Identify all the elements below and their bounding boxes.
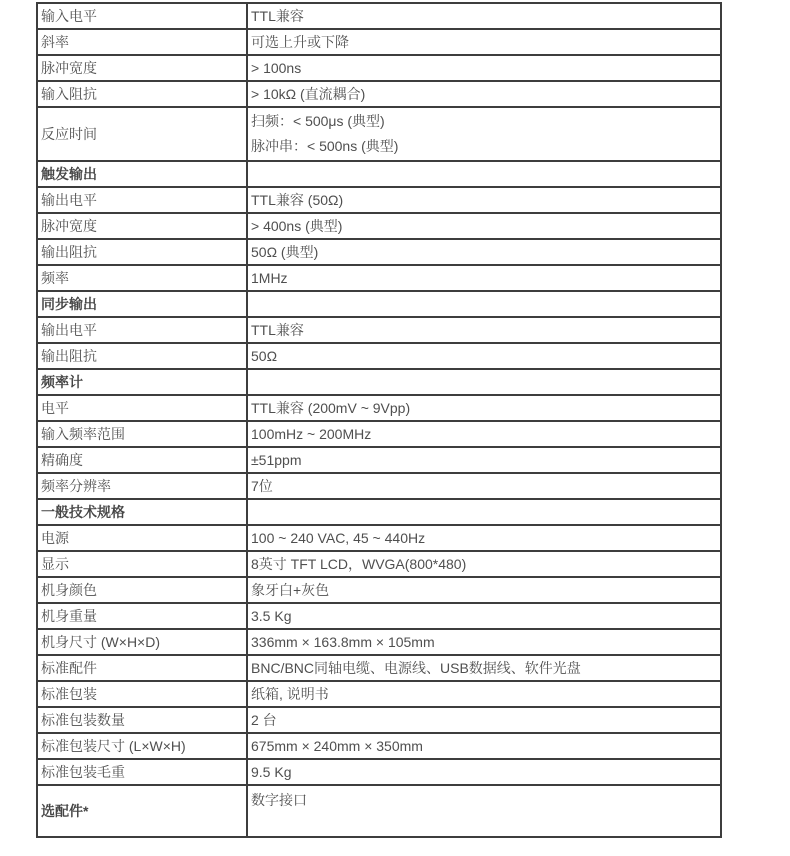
spec-value: 3.5 Kg bbox=[247, 603, 721, 629]
section-title: 同步输出 bbox=[37, 291, 247, 317]
section-row-sync-output: 同步输出 bbox=[37, 291, 721, 317]
spec-label: 精确度 bbox=[37, 447, 247, 473]
spec-label: 显示 bbox=[37, 551, 247, 577]
spec-label: 电源 bbox=[37, 525, 247, 551]
spec-value: > 100ns bbox=[247, 55, 721, 81]
section-row-frequency-counter: 频率计 bbox=[37, 369, 721, 395]
spec-label: 脉冲宽度 bbox=[37, 213, 247, 239]
spec-value-line: 扫频：< 500μs (典型) bbox=[251, 109, 717, 134]
spec-value: 数字接口 bbox=[247, 785, 721, 837]
spec-label: 频率分辨率 bbox=[37, 473, 247, 499]
spec-value bbox=[247, 369, 721, 395]
spec-label: 脉冲宽度 bbox=[37, 55, 247, 81]
spec-row-optional-accessories: 选配件* 数字接口 bbox=[37, 785, 721, 837]
spec-label: 输入阻抗 bbox=[37, 81, 247, 107]
section-row-general-specs: 一般技术规格 bbox=[37, 499, 721, 525]
section-title: 一般技术规格 bbox=[37, 499, 247, 525]
spec-row: 输入阻抗 > 10kΩ (直流耦合) bbox=[37, 81, 721, 107]
spec-value: 100mHz ~ 200MHz bbox=[247, 421, 721, 447]
spec-value: BNC/BNC同轴电缆、电源线、USB数据线、软件光盘 bbox=[247, 655, 721, 681]
spec-label: 机身尺寸 (W×H×D) bbox=[37, 629, 247, 655]
spec-row: 输入频率范围 100mHz ~ 200MHz bbox=[37, 421, 721, 447]
spec-label: 输出电平 bbox=[37, 187, 247, 213]
spec-row: 机身颜色 象牙白+灰色 bbox=[37, 577, 721, 603]
spec-label: 标准包装毛重 bbox=[37, 759, 247, 785]
spec-value: 675mm × 240mm × 350mm bbox=[247, 733, 721, 759]
spec-value: 50Ω (典型) bbox=[247, 239, 721, 265]
spec-value: 7位 bbox=[247, 473, 721, 499]
spec-label: 机身颜色 bbox=[37, 577, 247, 603]
spec-value: 100 ~ 240 VAC, 45 ~ 440Hz bbox=[247, 525, 721, 551]
spec-label: 输入电平 bbox=[37, 3, 247, 29]
spec-row: 输入电平 TTL兼容 bbox=[37, 3, 721, 29]
spec-row: 频率分辨率 7位 bbox=[37, 473, 721, 499]
spec-row: 显示 8英寸 TFT LCD，WVGA(800*480) bbox=[37, 551, 721, 577]
spec-value: 纸箱, 说明书 bbox=[247, 681, 721, 707]
spec-label: 选配件* bbox=[37, 785, 247, 837]
spec-label: 标准包装数量 bbox=[37, 707, 247, 733]
spec-label: 标准配件 bbox=[37, 655, 247, 681]
spec-value: 50Ω bbox=[247, 343, 721, 369]
spec-value: > 10kΩ (直流耦合) bbox=[247, 81, 721, 107]
spec-row: 输出电平 TTL兼容 bbox=[37, 317, 721, 343]
spec-row: 脉冲宽度 > 100ns bbox=[37, 55, 721, 81]
spec-value: > 400ns (典型) bbox=[247, 213, 721, 239]
spec-row: 机身重量 3.5 Kg bbox=[37, 603, 721, 629]
spec-value: 8英寸 TFT LCD，WVGA(800*480) bbox=[247, 551, 721, 577]
spec-value: TTL兼容 (50Ω) bbox=[247, 187, 721, 213]
spec-value bbox=[247, 499, 721, 525]
spec-label: 输出阻抗 bbox=[37, 239, 247, 265]
spec-row-response-time: 反应时间 扫频：< 500μs (典型) 脉冲串：< 500ns (典型) bbox=[37, 107, 721, 161]
section-row-trigger-output: 触发输出 bbox=[37, 161, 721, 187]
spec-label: 输出阻抗 bbox=[37, 343, 247, 369]
spec-label: 机身重量 bbox=[37, 603, 247, 629]
spec-row: 电平 TTL兼容 (200mV ~ 9Vpp) bbox=[37, 395, 721, 421]
spec-value: 2 台 bbox=[247, 707, 721, 733]
spec-value: 9.5 Kg bbox=[247, 759, 721, 785]
spec-value bbox=[247, 161, 721, 187]
spec-row: 精确度 ±51ppm bbox=[37, 447, 721, 473]
spec-row: 标准包装 纸箱, 说明书 bbox=[37, 681, 721, 707]
spec-value: 象牙白+灰色 bbox=[247, 577, 721, 603]
spec-row: 标准包装数量 2 台 bbox=[37, 707, 721, 733]
spec-table-container: 输入电平 TTL兼容 斜率 可选上升或下降 脉冲宽度 > 100ns 输入阻抗 … bbox=[0, 0, 790, 838]
spec-row: 输出阻抗 50Ω (典型) bbox=[37, 239, 721, 265]
spec-value: 336mm × 163.8mm × 105mm bbox=[247, 629, 721, 655]
spec-label: 频率 bbox=[37, 265, 247, 291]
spec-label: 反应时间 bbox=[37, 107, 247, 161]
spec-value: TTL兼容 bbox=[247, 317, 721, 343]
spec-label: 标准包装 bbox=[37, 681, 247, 707]
spec-label: 输出电平 bbox=[37, 317, 247, 343]
spec-row: 输出阻抗 50Ω bbox=[37, 343, 721, 369]
spec-label: 斜率 bbox=[37, 29, 247, 55]
spec-row: 输出电平 TTL兼容 (50Ω) bbox=[37, 187, 721, 213]
spec-value: 可选上升或下降 bbox=[247, 29, 721, 55]
spec-value: TTL兼容 (200mV ~ 9Vpp) bbox=[247, 395, 721, 421]
spec-label: 输入频率范围 bbox=[37, 421, 247, 447]
spec-value: 1MHz bbox=[247, 265, 721, 291]
spec-label: 电平 bbox=[37, 395, 247, 421]
spec-value bbox=[247, 291, 721, 317]
spec-table: 输入电平 TTL兼容 斜率 可选上升或下降 脉冲宽度 > 100ns 输入阻抗 … bbox=[36, 2, 722, 838]
spec-row: 频率 1MHz bbox=[37, 265, 721, 291]
spec-row: 标准包装尺寸 (L×W×H) 675mm × 240mm × 350mm bbox=[37, 733, 721, 759]
spec-row: 标准配件 BNC/BNC同轴电缆、电源线、USB数据线、软件光盘 bbox=[37, 655, 721, 681]
spec-value-line: 脉冲串：< 500ns (典型) bbox=[251, 134, 717, 159]
section-title: 触发输出 bbox=[37, 161, 247, 187]
section-title: 频率计 bbox=[37, 369, 247, 395]
spec-value: TTL兼容 bbox=[247, 3, 721, 29]
spec-value: 扫频：< 500μs (典型) 脉冲串：< 500ns (典型) bbox=[247, 107, 721, 161]
spec-row: 标准包装毛重 9.5 Kg bbox=[37, 759, 721, 785]
spec-row: 电源 100 ~ 240 VAC, 45 ~ 440Hz bbox=[37, 525, 721, 551]
spec-row: 机身尺寸 (W×H×D) 336mm × 163.8mm × 105mm bbox=[37, 629, 721, 655]
spec-row: 脉冲宽度 > 400ns (典型) bbox=[37, 213, 721, 239]
spec-value: ±51ppm bbox=[247, 447, 721, 473]
spec-row: 斜率 可选上升或下降 bbox=[37, 29, 721, 55]
spec-label: 标准包装尺寸 (L×W×H) bbox=[37, 733, 247, 759]
